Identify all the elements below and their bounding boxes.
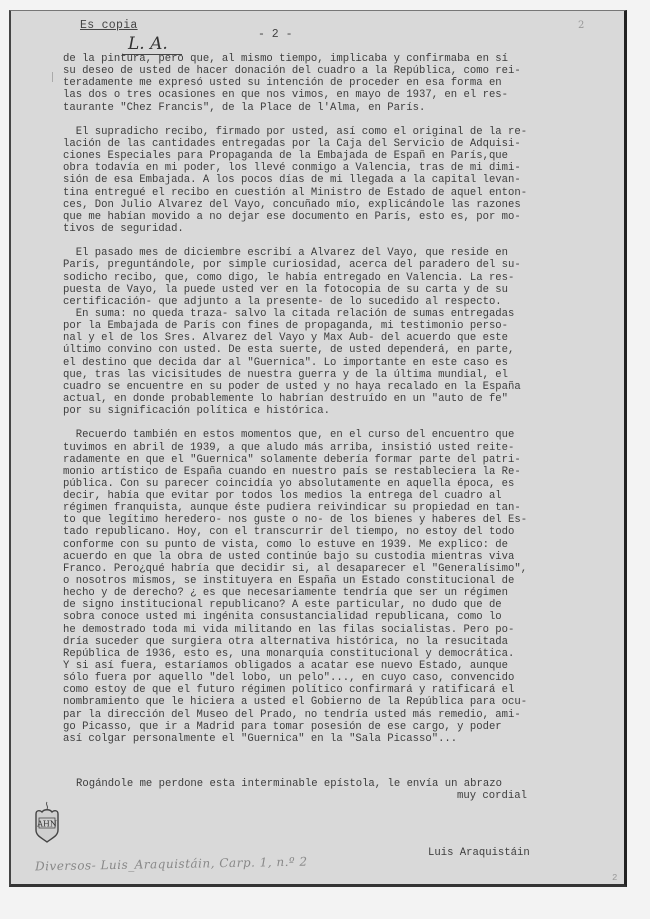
letter-line: París, preguntándole, por simple curiosi… — [63, 259, 603, 271]
letter-line: actual, en donde probablemente lo habría… — [63, 393, 603, 405]
letter-line: teradamente me expresó usted su intenció… — [63, 77, 603, 89]
letter-line: por la Embajada de París con fines de pr… — [63, 320, 603, 332]
letter-line: acuerdo en que la obra de usted continúe… — [63, 551, 603, 563]
letter-line: sobra conoce usted mi ingénita consustan… — [63, 611, 603, 623]
ahn-archive-stamp-icon: AHN — [32, 800, 62, 844]
letter-line: de signo institucional republicano? A es… — [63, 599, 603, 611]
letter-line — [63, 114, 603, 126]
letter-line: El pasado mes de diciembre escribí a Alv… — [63, 247, 603, 259]
letter-line: sodicho recibo, que, como digo, le había… — [63, 272, 603, 284]
letter-line: dría suceder que surgiera otra alternati… — [63, 636, 603, 648]
letter-line: ciones Especiales para Propaganda de la … — [63, 150, 603, 162]
letter-body: de la pintura, pero que, al mismo tiempo… — [63, 53, 603, 745]
letter-line: o nosotros mismos, se instituyera en Esp… — [63, 575, 603, 587]
letter-line: obra todavía en mi poder, los llevé conm… — [63, 162, 603, 174]
letter-line: Y si así fuera, estaríamos obligados a a… — [63, 660, 603, 672]
letter-line: puesta de Vayo, la puede usted ver en la… — [63, 284, 603, 296]
letter-line: he demostrado toda mi vida militando en … — [63, 624, 603, 636]
letter-line: pública. Con su parecer coincidía yo abs… — [63, 478, 603, 490]
letter-line: las dos o tres ocasiones en que nos vimo… — [63, 89, 603, 101]
letter-line: monio artístico de España cuando en nues… — [63, 466, 603, 478]
letter-line: sión de esa Embajada. A los pocos días d… — [63, 174, 603, 186]
letter-line: nal y el de los Sres. Alvarez del Vayo y… — [63, 332, 603, 344]
letter-line: su deseo de usted de hacer donación del … — [63, 65, 603, 77]
letter-line — [63, 235, 603, 247]
letter-line: certificación- que adjunto a la presente… — [63, 296, 603, 308]
letter-line: radamente en que el "Guernica" solamente… — [63, 454, 603, 466]
handwritten-initials: L. A. — [122, 34, 182, 55]
letter-line: ces, Don Julio Alvarez del Vayo, concuña… — [63, 199, 603, 211]
letter-line: En suma: no queda traza- salvo la citada… — [63, 308, 603, 320]
closing-line: Rogándole me perdone esta interminable e… — [76, 778, 502, 790]
letter-line: el destino que decida dar al "Guernica".… — [63, 357, 603, 369]
letter-line — [63, 417, 603, 429]
letter-line: hecho y de derecho? ¿ es que necesariame… — [63, 587, 603, 599]
letter-line: tuvimos en abril de 1939, a que aludo má… — [63, 442, 603, 454]
letter-line: tivos de seguridad. — [63, 223, 603, 235]
letter-line: lación de las cantidades entregadas por … — [63, 138, 603, 150]
letter-line: como estoy de que el futuro régimen polí… — [63, 684, 603, 696]
letter-line: conforme con su punto de vista, como lo … — [63, 539, 603, 551]
letter-line: así colgar personalmente el "Guernica" e… — [63, 733, 603, 745]
page-number: - 2 - — [258, 28, 293, 41]
letter-line: último convino con usted. De esta suerte… — [63, 344, 603, 356]
letter-line: sólo fuera por aquello "del lobo, un pel… — [63, 672, 603, 684]
letter-line: régimen franquista, aunque éste pudiera … — [63, 502, 603, 514]
letter-line: por su significación política e históric… — [63, 405, 603, 417]
letter-line: par la dirección del Museo del Prado, no… — [63, 709, 603, 721]
letter-line: tado republicano. Hoy, con el transcurri… — [63, 526, 603, 538]
letter-line: que me habían movido a no dejar ese docu… — [63, 211, 603, 223]
letter-line: tina entregué el recibo en cuestión al M… — [63, 187, 603, 199]
letter-line: República de 1936, esto es, una monarquí… — [63, 648, 603, 660]
letter-line: to que legítimo heredero- nos guste o no… — [63, 514, 603, 526]
letter-line: go Picasso, que ir a Madrid para tomar p… — [63, 721, 603, 733]
letter-line: Franco. Pero¿qué habría que decidir si, … — [63, 563, 603, 575]
letter-line: que, tras las vicisitudes de nuestra gue… — [63, 369, 603, 381]
letter-line: taurante "Chez Francis", de la Place de … — [63, 102, 603, 114]
letter-line: nombramiento que le hiciera a usted el G… — [63, 696, 603, 708]
bottom-page-mark: 2 — [612, 873, 617, 883]
signature: Luis Araquistáin — [428, 847, 530, 859]
letter-line: Recuerdo también en estos momentos que, … — [63, 429, 603, 441]
letter-line: de la pintura, pero que, al mismo tiempo… — [63, 53, 603, 65]
margin-mark — [52, 72, 53, 82]
copy-label: Es copia — [80, 19, 138, 32]
letter-line: decir, había que evitar por todos los me… — [63, 490, 603, 502]
closing-line-2: muy cordial — [457, 790, 527, 802]
corner-page-mark: 2 — [578, 20, 584, 31]
letter-line: El supradicho recibo, firmado por usted,… — [63, 126, 603, 138]
svg-text:AHN: AHN — [36, 820, 57, 829]
letter-line: cuadro se encuentre en su poder de usted… — [63, 381, 603, 393]
